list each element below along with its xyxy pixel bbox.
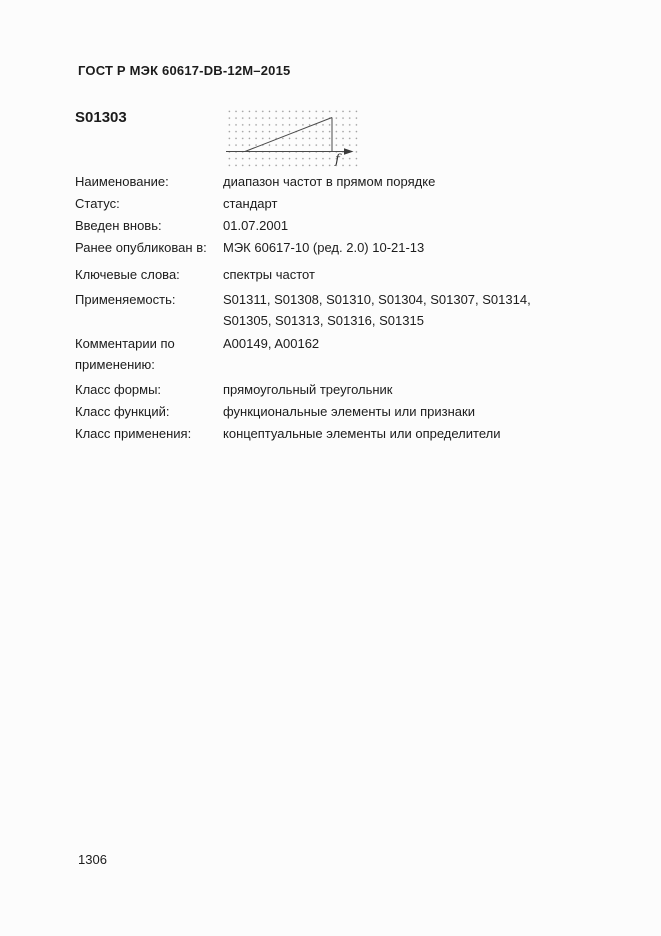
field-label: Класс формы: — [75, 379, 223, 401]
field-value: МЭК 60617-10 (ред. 2.0) 10-21-13 — [223, 237, 585, 259]
field-value: спектры частот — [223, 264, 585, 286]
arrowhead-icon — [344, 148, 354, 155]
field-row-applicability: Применяемость: S01311, S01308, S01310, S… — [75, 289, 585, 331]
field-row-function-class: Класс функций: функциональные элементы и… — [75, 401, 585, 423]
field-label: Ранее опубликован в: — [75, 237, 223, 259]
field-label: Класс функций: — [75, 401, 223, 423]
field-row-introduced: Введен вновь: 01.07.2001 — [75, 215, 585, 237]
field-label: Комментарии по применению: — [75, 333, 223, 375]
field-value: стандарт — [223, 193, 585, 215]
field-label: Класс применения: — [75, 423, 223, 445]
field-row-shape-class: Класс формы: прямоугольный треугольник — [75, 379, 585, 401]
symbol-diagram: f — [220, 104, 365, 170]
field-label: Введен вновь: — [75, 215, 223, 237]
field-label: Статус: — [75, 193, 223, 215]
field-row-previously-published: Ранее опубликован в: МЭК 60617-10 (ред. … — [75, 237, 585, 259]
axis-label-f: f — [334, 153, 342, 168]
field-row-application-class: Класс применения: концептуальные элемент… — [75, 423, 585, 445]
field-row-keywords: Ключевые слова: спектры частот — [75, 264, 585, 286]
hypotenuse-line — [245, 118, 332, 152]
field-value: функциональные элементы или признаки — [223, 401, 585, 423]
field-value: A00149, A00162 — [223, 333, 585, 375]
field-value: S01311, S01308, S01310, S01304, S01307, … — [223, 289, 585, 331]
field-label: Ключевые слова: — [75, 264, 223, 286]
field-value: прямоугольный треугольник — [223, 379, 585, 401]
field-value: 01.07.2001 — [223, 215, 585, 237]
frequency-range-triangle-symbol: f — [220, 104, 365, 170]
field-value: диапазон частот в прямом порядке — [223, 171, 585, 193]
document-page: ГОСТ Р МЭК 60617-DB-12M–2015 S01303 f На… — [0, 0, 661, 936]
field-row-name: Наименование: диапазон частот в прямом п… — [75, 171, 585, 193]
field-label: Применяемость: — [75, 289, 223, 331]
document-title: ГОСТ Р МЭК 60617-DB-12M–2015 — [78, 63, 290, 78]
page-number: 1306 — [78, 852, 107, 867]
fields-list: Наименование: диапазон частот в прямом п… — [75, 171, 585, 445]
symbol-id: S01303 — [75, 109, 127, 126]
field-row-status: Статус: стандарт — [75, 193, 585, 215]
field-label: Наименование: — [75, 171, 223, 193]
field-row-application-comments: Комментарии по применению: A00149, A0016… — [75, 333, 585, 375]
field-value: концептуальные элементы или определители — [223, 423, 585, 445]
